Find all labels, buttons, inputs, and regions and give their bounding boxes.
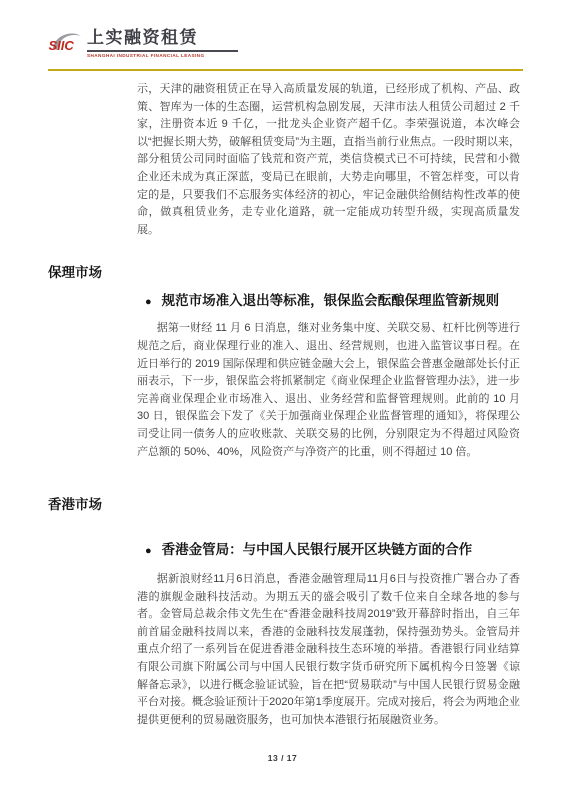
company-logo: SIIC 上实融资租赁 SHANGHAI INDUSTRIAL FINANCIA… [48, 28, 520, 60]
company-name: 上实融资租赁 [87, 28, 238, 52]
siic-logo-icon: SIIC [48, 28, 82, 54]
headline-row: ● 香港金管局：与中国人民银行展开区块链方面的合作 [145, 541, 520, 560]
news-body: 据第一财经 11 月 6 日消息，继对业务集中度、关联交易、杠杆比例等进行规范之… [137, 320, 520, 461]
page-header: SIIC 上实融资租赁 SHANGHAI INDUSTRIAL FINANCIA… [48, 28, 520, 60]
page-number: 13 / 17 [268, 753, 298, 763]
headline-row: ● 规范市场准入退出等标准，银保监会酝酿保理监管新规则 [145, 292, 520, 311]
company-name-english: SHANGHAI INDUSTRIAL FINANCIAL LEASING [87, 54, 204, 59]
siic-logo-text: SIIC [49, 38, 75, 53]
page-footer: 13 / 17 [0, 748, 565, 766]
news-headline: 规范市场准入退出等标准，银保监会酝酿保理监管新规则 [162, 292, 500, 309]
section-hongkong-market: 香港市场 ● 香港金管局：与中国人民银行展开区块链方面的合作 据新浪财经11月6… [0, 497, 565, 729]
intro-paragraph: 示，天津的融资租赁正在导入高质量发展的轨道，已经形成了机构、产品、政策、智库为一… [137, 81, 520, 239]
bullet-icon: ● [145, 543, 152, 560]
news-headline: 香港金管局：与中国人民银行展开区块链方面的合作 [162, 541, 473, 558]
header-divider-line [48, 69, 523, 71]
logo-text-block: 上实融资租赁 SHANGHAI INDUSTRIAL FINANCIAL LEA… [87, 28, 238, 60]
document-page: SIIC 上实融资租赁 SHANGHAI INDUSTRIAL FINANCIA… [0, 0, 565, 800]
news-body: 据新浪财经11月6日消息，香港金融管理局11月6日与投资推广署合办了香港的旗舰金… [137, 571, 520, 729]
page-content: 示，天津的融资租赁正在导入高质量发展的轨道，已经形成了机构、产品、政策、智库为一… [0, 78, 565, 729]
section-title-hongkong: 香港市场 [48, 497, 565, 513]
section-factoring-market: 保理市场 ● 规范市场准入退出等标准，银保监会酝酿保理监管新规则 据第一财经 1… [0, 265, 565, 461]
section-title-factoring: 保理市场 [48, 265, 565, 281]
bullet-icon: ● [145, 294, 152, 311]
